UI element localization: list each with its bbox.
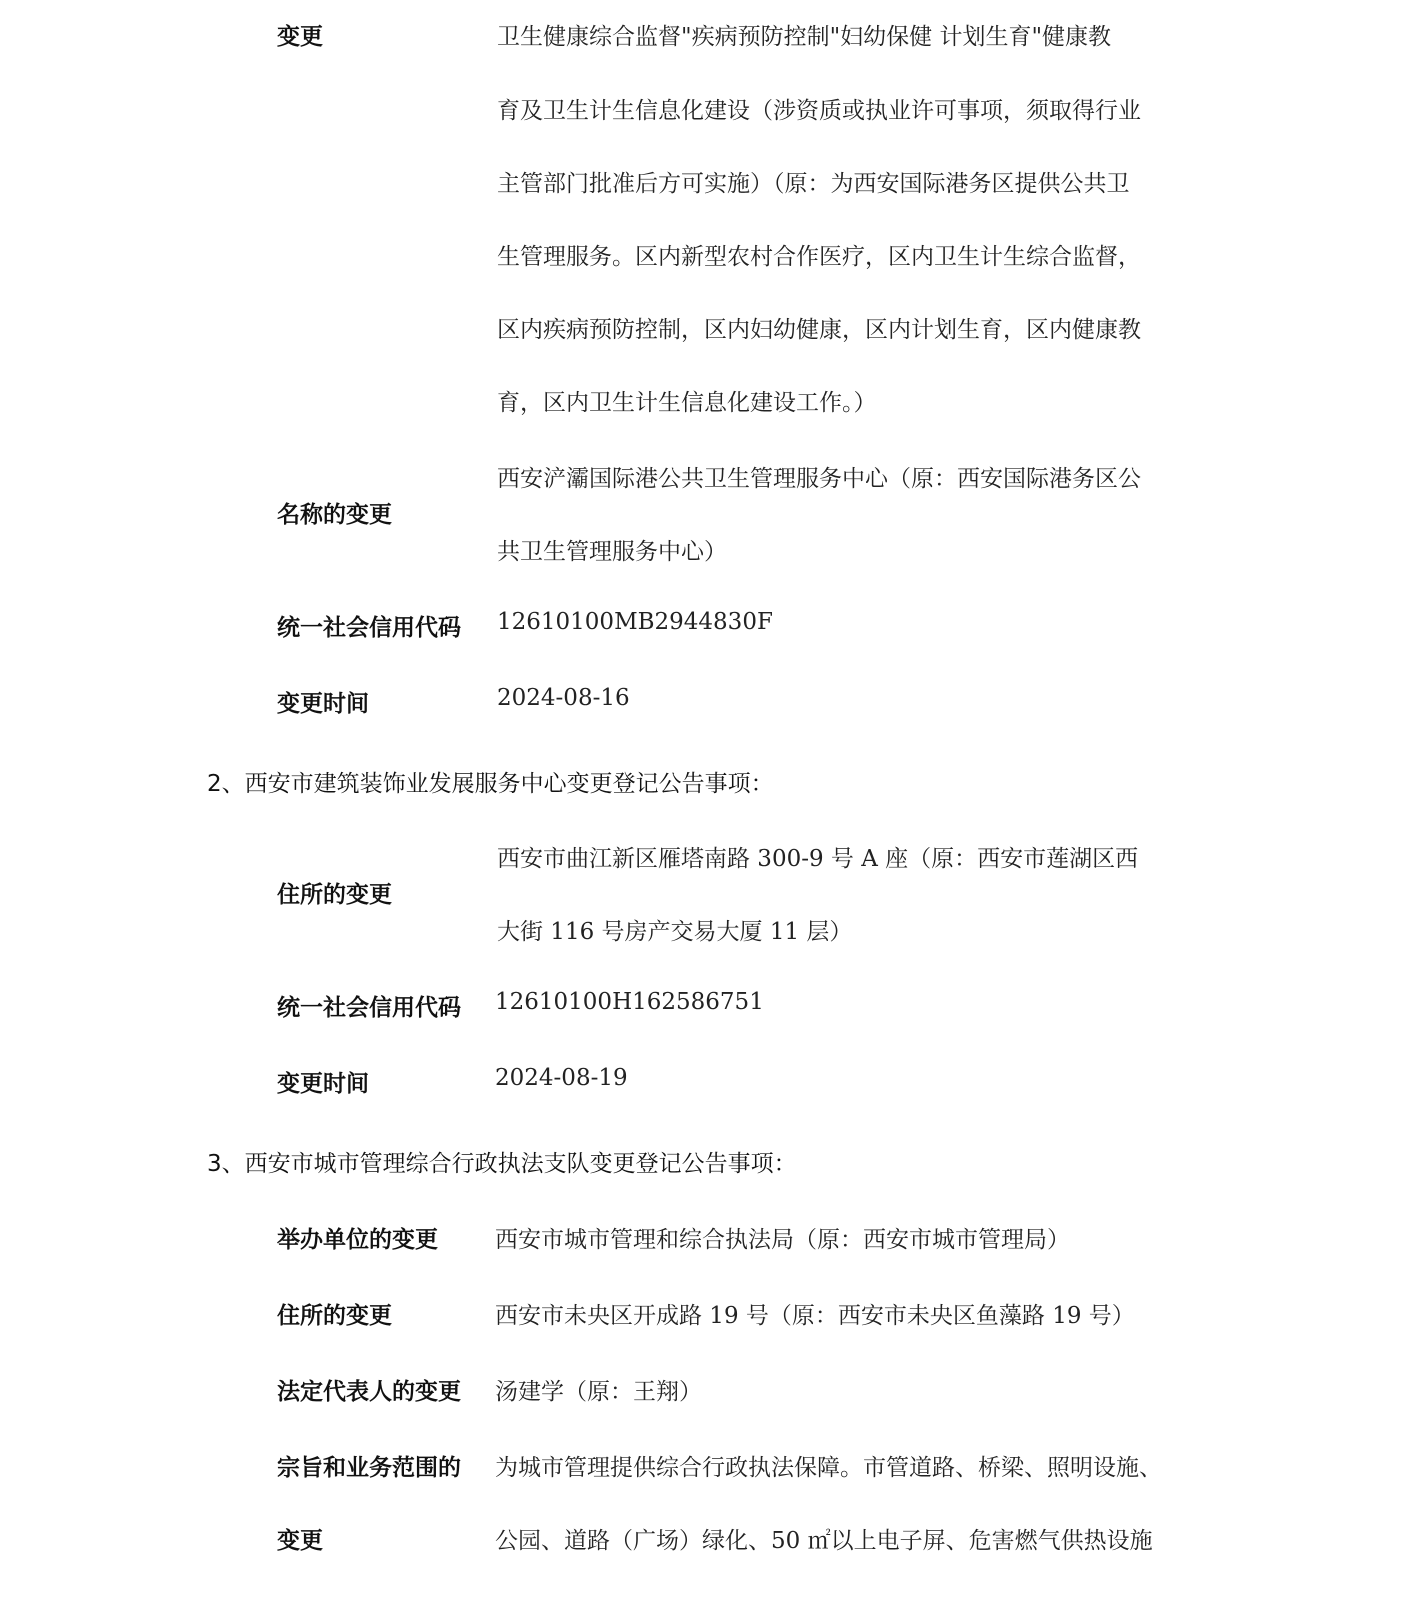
field-label-scope-change-line-1: 宗旨和业务范围的 bbox=[277, 1449, 461, 1482]
address-change-line-2: 大街 116 号房产交易大厦 11 层） bbox=[497, 913, 852, 946]
credit-code-value: 12610100MB2944830F bbox=[497, 609, 773, 635]
field-label-sponsor-change: 举办单位的变更 bbox=[277, 1221, 438, 1254]
address-change-line-1: 西安市曲江新区雁塔南路 300-9 号 A 座（原：西安市莲湖区西 bbox=[497, 840, 1138, 873]
credit-code-value: 12610100H162586751 bbox=[495, 989, 764, 1015]
change-time-value: 2024-08-19 bbox=[495, 1065, 628, 1091]
scope-change-line-5: 区内疾病预防控制，区内妇幼健康，区内计划生育，区内健康教 bbox=[497, 311, 1141, 344]
address-change-value: 西安市未央区开成路 19 号（原：西安市未央区鱼藻路 19 号） bbox=[495, 1297, 1135, 1330]
name-change-line-1: 西安浐灞国际港公共卫生管理服务中心（原：西安国际港务区公 bbox=[497, 460, 1141, 493]
section-heading: 3、西安市城市管理综合行政执法支队变更登记公告事项： bbox=[207, 1145, 797, 1178]
scope-change-line-4: 生管理服务。区内新型农村合作医疗，区内卫生计生综合监督， bbox=[497, 238, 1141, 271]
name-change-line-2: 共卫生管理服务中心） bbox=[497, 533, 727, 566]
field-label-address-change: 住所的变更 bbox=[277, 1297, 392, 1330]
field-label-legal-rep-change: 法定代表人的变更 bbox=[277, 1373, 461, 1406]
section-heading: 2、西安市建筑装饰业发展服务中心变更登记公告事项： bbox=[207, 765, 774, 798]
scope-change-line-1: 为城市管理提供综合行政执法保障。市管道路、桥梁、照明设施、 bbox=[495, 1449, 1162, 1482]
field-label-change-time: 变更时间 bbox=[277, 685, 369, 718]
field-label-scope-change-line-2: 变更 bbox=[277, 1522, 323, 1555]
field-label-credit-code: 统一社会信用代码 bbox=[277, 989, 461, 1022]
scope-change-line-3: 主管部门批准后方可实施）（原：为西安国际港务区提供公共卫 bbox=[497, 165, 1130, 198]
field-label-change-time: 变更时间 bbox=[277, 1065, 369, 1098]
sponsor-change-value: 西安市城市管理和综合执法局（原：西安市城市管理局） bbox=[495, 1221, 1070, 1254]
field-label-credit-code: 统一社会信用代码 bbox=[277, 609, 461, 642]
field-label-name-change: 名称的变更 bbox=[277, 496, 392, 529]
scope-change-line-2: 育及卫生计生信息化建设（涉资质或执业许可事项，须取得行业 bbox=[497, 92, 1141, 125]
scope-change-line-6: 育，区内卫生计生信息化建设工作。） bbox=[497, 384, 877, 417]
field-label-scope-change-tail: 变更 bbox=[277, 18, 323, 51]
scope-change-line-2: 公园、道路（广场）绿化、50 ㎡以上电子屏、危害燃气供热设施 bbox=[495, 1522, 1153, 1555]
field-label-address-change: 住所的变更 bbox=[277, 876, 392, 909]
change-time-value: 2024-08-16 bbox=[497, 685, 630, 711]
legal-rep-change-value: 汤建学（原：王翔） bbox=[495, 1373, 702, 1406]
scope-change-line-1: 卫生健康综合监督"疾病预防控制"妇幼保健 计划生育"健康教 bbox=[497, 18, 1111, 51]
